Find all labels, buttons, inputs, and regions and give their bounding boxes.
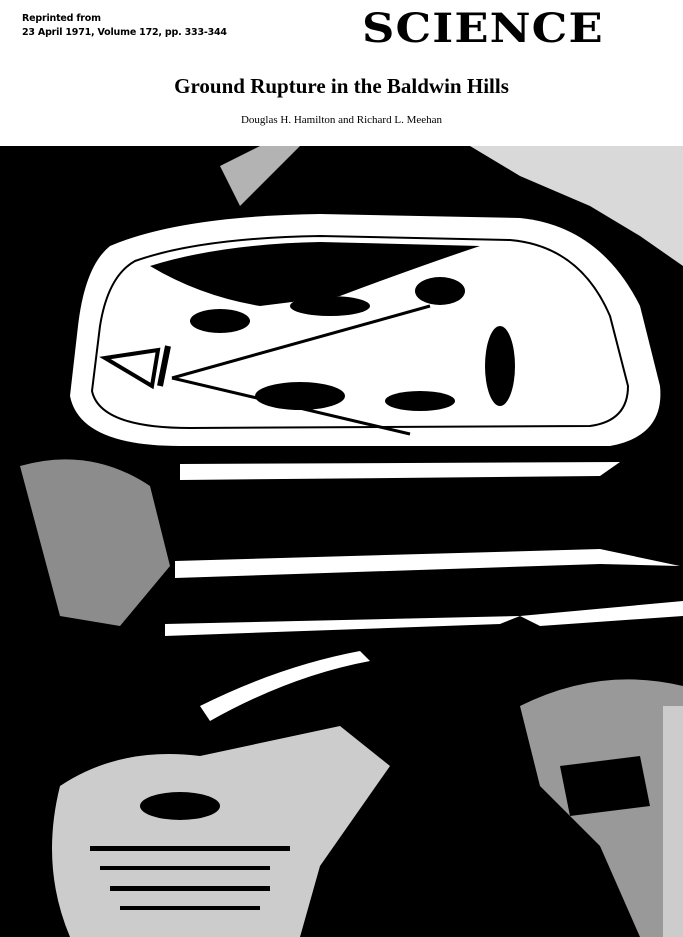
- reprint-line-2: 23 April 1971, Volume 172, pp. 333-344: [22, 26, 227, 40]
- reservoir-aerial-image: [0, 146, 683, 937]
- reprint-notice: Reprinted from 23 April 1971, Volume 172…: [22, 12, 227, 40]
- article-title: Ground Rupture in the Baldwin Hills: [0, 74, 683, 99]
- article-authors: Douglas H. Hamilton and Richard L. Meeha…: [0, 114, 683, 126]
- journal-masthead: SCIENCE: [362, 7, 683, 51]
- aerial-photograph: [0, 146, 683, 937]
- reprint-line-1: Reprinted from: [22, 12, 227, 26]
